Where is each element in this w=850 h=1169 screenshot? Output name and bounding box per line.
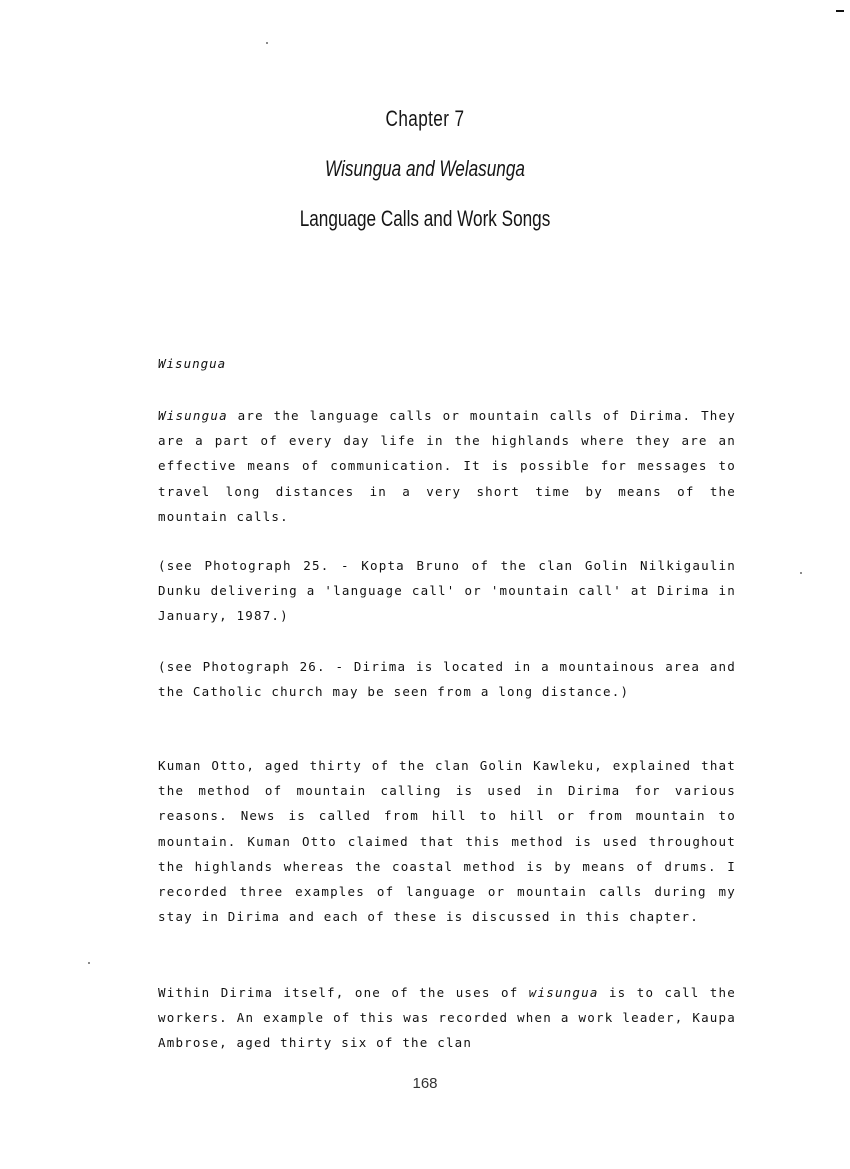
chapter-title: Wisungua and Welasunga <box>94 156 757 182</box>
scan-mark <box>836 10 844 12</box>
chapter-subtitle: Language Calls and Work Songs <box>94 206 757 232</box>
scan-speck <box>88 962 90 964</box>
scan-speck <box>800 572 802 574</box>
paragraph: Kuman Otto, aged thirty of the clan Goli… <box>158 753 736 929</box>
paragraph: (see Photograph 25. - Kopta Bruno of the… <box>158 553 736 629</box>
section-heading: Wisungua <box>158 356 226 371</box>
paragraph: Within Dirima itself, one of the uses of… <box>158 980 736 1056</box>
page-number: 168 <box>0 1075 850 1092</box>
paragraph-text: are the language calls or mountain calls… <box>158 408 736 524</box>
paragraph-text: Within Dirima itself, one of the uses of <box>158 985 529 1000</box>
paragraph: (see Photograph 26. - Dirima is located … <box>158 654 736 704</box>
italic-term: wisungua <box>529 985 599 1000</box>
chapter-number: Chapter 7 <box>94 106 757 132</box>
document-page: Chapter 7 Wisungua and Welasunga Languag… <box>0 0 850 1169</box>
scan-speck <box>266 42 268 44</box>
paragraph: Wisungua are the language calls or mount… <box>158 403 736 529</box>
italic-term: Wisungua <box>158 408 228 423</box>
